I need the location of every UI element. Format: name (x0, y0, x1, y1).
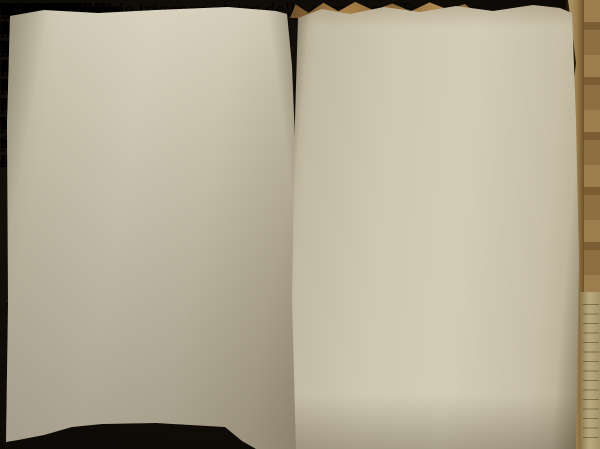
manuscript-photo: da essi quattro e più serie di triangoli… (0, 0, 600, 449)
ink-smudge (348, 90, 358, 98)
left-page (6, 4, 302, 449)
underlying-page-writing (583, 298, 599, 443)
underlying-page-sliver (580, 292, 600, 449)
ink-smudge (226, 344, 252, 358)
right-page (288, 0, 580, 449)
